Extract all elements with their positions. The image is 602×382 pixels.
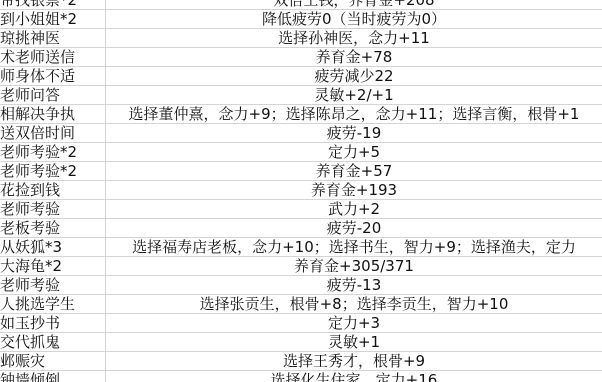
event-text: 老师考验 — [0, 200, 60, 218]
effect-text: 养育金+57 — [316, 162, 393, 180]
event-cell[interactable]: 邺赈灾 — [0, 352, 106, 370]
effect-text: 灵敏+2/+1 — [314, 86, 393, 104]
event-text: 术老师送信 — [0, 48, 75, 66]
table-row: 老师考验*2定力+5 — [0, 143, 602, 162]
event-text: 大海龟*2 — [0, 257, 62, 275]
table-row: 从妖狐*3选择福寿店老板，念力+10；选择书生，智力+9；选择渔夫，定力 — [0, 238, 602, 257]
event-text: 老板考验 — [0, 219, 60, 237]
effect-text: 定力+5 — [328, 143, 380, 161]
table-row: 人挑选学生选择张贡生，根骨+8；选择李贡生，智力+10 — [0, 295, 602, 314]
event-cell[interactable]: 送双倍时间 — [0, 124, 106, 142]
effect-text: 疲劳-13 — [327, 276, 382, 294]
effect-text: 降低疲劳0（当时疲劳为0） — [262, 10, 446, 28]
table-row: 相解决争执选择董仲熹，念力+9；选择陈昂之，念力+11；选择言衡，根骨+1 — [0, 105, 602, 124]
event-cell[interactable]: 到小姐姐*2 — [0, 10, 106, 28]
event-cell[interactable]: 大海龟*2 — [0, 257, 106, 275]
effect-cell[interactable]: 选择孙神医，念力+11 — [106, 29, 602, 47]
event-cell[interactable]: 老师问答 — [0, 86, 106, 104]
table-row: 师身体不适疲劳减少22 — [0, 67, 602, 86]
effect-cell[interactable]: 选择董仲熹，念力+9；选择陈昂之，念力+11；选择言衡，根骨+1 — [106, 105, 602, 123]
event-text: 送双倍时间 — [0, 124, 75, 142]
effect-text: 养育金+193 — [311, 181, 397, 199]
effect-text: 养育金+305/371 — [294, 257, 414, 275]
event-cell[interactable]: 老师考验 — [0, 200, 106, 218]
effect-cell[interactable]: 疲劳-20 — [106, 219, 602, 237]
effect-text: 疲劳减少22 — [314, 67, 393, 85]
effect-cell[interactable]: 定力+5 — [106, 143, 602, 161]
event-cell[interactable]: 交代抓鬼 — [0, 333, 106, 351]
event-cell[interactable]: 老师考验 — [0, 276, 106, 294]
effect-cell[interactable]: 养育金+193 — [106, 181, 602, 199]
table-row: 如玉抄书定力+3 — [0, 314, 602, 333]
spreadsheet-grid: 带找银票*2双倍工钱，养育金+208 到小姐姐*2降低疲劳0（当时疲劳为0） 琼… — [0, 0, 602, 382]
effect-cell[interactable]: 选择化生住家，定力+16 — [106, 371, 602, 382]
effect-text: 选择福寿店老板，念力+10；选择书生，智力+9；选择渔夫，定力 — [132, 238, 576, 256]
effect-cell[interactable]: 选择张贡生，根骨+8；选择李贡生，智力+10 — [106, 295, 602, 313]
event-text: 如玉抄书 — [0, 314, 60, 332]
effect-text: 双倍工钱，养育金+208 — [273, 0, 434, 9]
effect-text: 选择王秀才，根骨+9 — [283, 352, 425, 370]
table-row: 老师问答灵敏+2/+1 — [0, 86, 602, 105]
effect-cell[interactable]: 养育金+57 — [106, 162, 602, 180]
effect-text: 选择孙神医，念力+11 — [278, 29, 430, 47]
effect-text: 武力+2 — [328, 200, 380, 218]
event-cell[interactable]: 老板考验 — [0, 219, 106, 237]
event-cell[interactable]: 师身体不适 — [0, 67, 106, 85]
table-row: 术老师送信养育金+78 — [0, 48, 602, 67]
event-cell[interactable]: 老师考验*2 — [0, 162, 106, 180]
event-cell[interactable]: 人挑选学生 — [0, 295, 106, 313]
event-text: 师身体不适 — [0, 67, 75, 85]
event-text: 老师问答 — [0, 86, 60, 104]
table-row: 大海龟*2养育金+305/371 — [0, 257, 602, 276]
effect-cell[interactable]: 养育金+305/371 — [106, 257, 602, 275]
event-cell[interactable]: 花捡到钱 — [0, 181, 106, 199]
table-row: 老师考验疲劳-13 — [0, 276, 602, 295]
effect-cell[interactable]: 降低疲劳0（当时疲劳为0） — [106, 10, 602, 28]
effect-cell[interactable]: 选择福寿店老板，念力+10；选择书生，智力+9；选择渔夫，定力 — [106, 238, 602, 256]
effect-cell[interactable]: 灵敏+2/+1 — [106, 86, 602, 104]
event-text: 相解决争执 — [0, 105, 75, 123]
effect-text: 选择董仲熹，念力+9；选择陈昂之，念力+11；选择言衡，根骨+1 — [129, 105, 580, 123]
effect-cell[interactable]: 养育金+78 — [106, 48, 602, 66]
effect-text: 选择化生住家，定力+16 — [271, 371, 438, 382]
event-text: 老师考验*2 — [0, 143, 77, 161]
event-text: 人挑选学生 — [0, 295, 75, 313]
table-row: 老师考验*2养育金+57 — [0, 162, 602, 181]
event-text: 带找银票*2 — [0, 0, 77, 9]
event-cell[interactable]: 从妖狐*3 — [0, 238, 106, 256]
effect-text: 养育金+78 — [316, 48, 393, 66]
table-row: 老师考验武力+2 — [0, 200, 602, 219]
event-text: 从妖狐*3 — [0, 238, 62, 256]
event-text: 琼挑神医 — [0, 29, 60, 47]
event-text: 钟墙倾倒 — [0, 371, 60, 382]
effect-cell[interactable]: 疲劳减少22 — [106, 67, 602, 85]
table-row: 花捡到钱养育金+193 — [0, 181, 602, 200]
event-cell[interactable]: 带找银票*2 — [0, 0, 106, 9]
table-row: 到小姐姐*2降低疲劳0（当时疲劳为0） — [0, 10, 602, 29]
table-row: 交代抓鬼灵敏+1 — [0, 333, 602, 352]
table-row: 送双倍时间疲劳-19 — [0, 124, 602, 143]
effect-cell[interactable]: 疲劳-19 — [106, 124, 602, 142]
effect-cell[interactable]: 选择王秀才，根骨+9 — [106, 352, 602, 370]
effect-text: 定力+3 — [328, 314, 380, 332]
effect-text: 疲劳-20 — [327, 219, 382, 237]
effect-text: 选择张贡生，根骨+8；选择李贡生，智力+10 — [200, 295, 509, 313]
table-row: 钟墙倾倒选择化生住家，定力+16 — [0, 371, 602, 382]
event-cell[interactable]: 老师考验*2 — [0, 143, 106, 161]
event-text: 花捡到钱 — [0, 181, 60, 199]
event-text: 老师考验*2 — [0, 162, 77, 180]
effect-cell[interactable]: 定力+3 — [106, 314, 602, 332]
effect-text: 疲劳-19 — [327, 124, 382, 142]
effect-cell[interactable]: 武力+2 — [106, 200, 602, 218]
event-text: 老师考验 — [0, 276, 60, 294]
event-text: 交代抓鬼 — [0, 333, 60, 351]
effect-cell[interactable]: 灵敏+1 — [106, 333, 602, 351]
effect-text: 灵敏+1 — [328, 333, 380, 351]
event-text: 到小姐姐*2 — [0, 10, 77, 28]
effect-cell[interactable]: 双倍工钱，养育金+208 — [106, 0, 602, 9]
event-cell[interactable]: 如玉抄书 — [0, 314, 106, 332]
table-row: 带找银票*2双倍工钱，养育金+208 — [0, 0, 602, 10]
table-row: 老板考验疲劳-20 — [0, 219, 602, 238]
event-cell[interactable]: 琼挑神医 — [0, 29, 106, 47]
table-row: 邺赈灾选择王秀才，根骨+9 — [0, 352, 602, 371]
event-cell[interactable]: 钟墙倾倒 — [0, 371, 106, 382]
event-cell[interactable]: 相解决争执 — [0, 105, 106, 123]
event-text: 邺赈灾 — [0, 352, 45, 370]
event-cell[interactable]: 术老师送信 — [0, 48, 106, 66]
table-row: 琼挑神医选择孙神医，念力+11 — [0, 29, 602, 48]
effect-cell[interactable]: 疲劳-13 — [106, 276, 602, 294]
